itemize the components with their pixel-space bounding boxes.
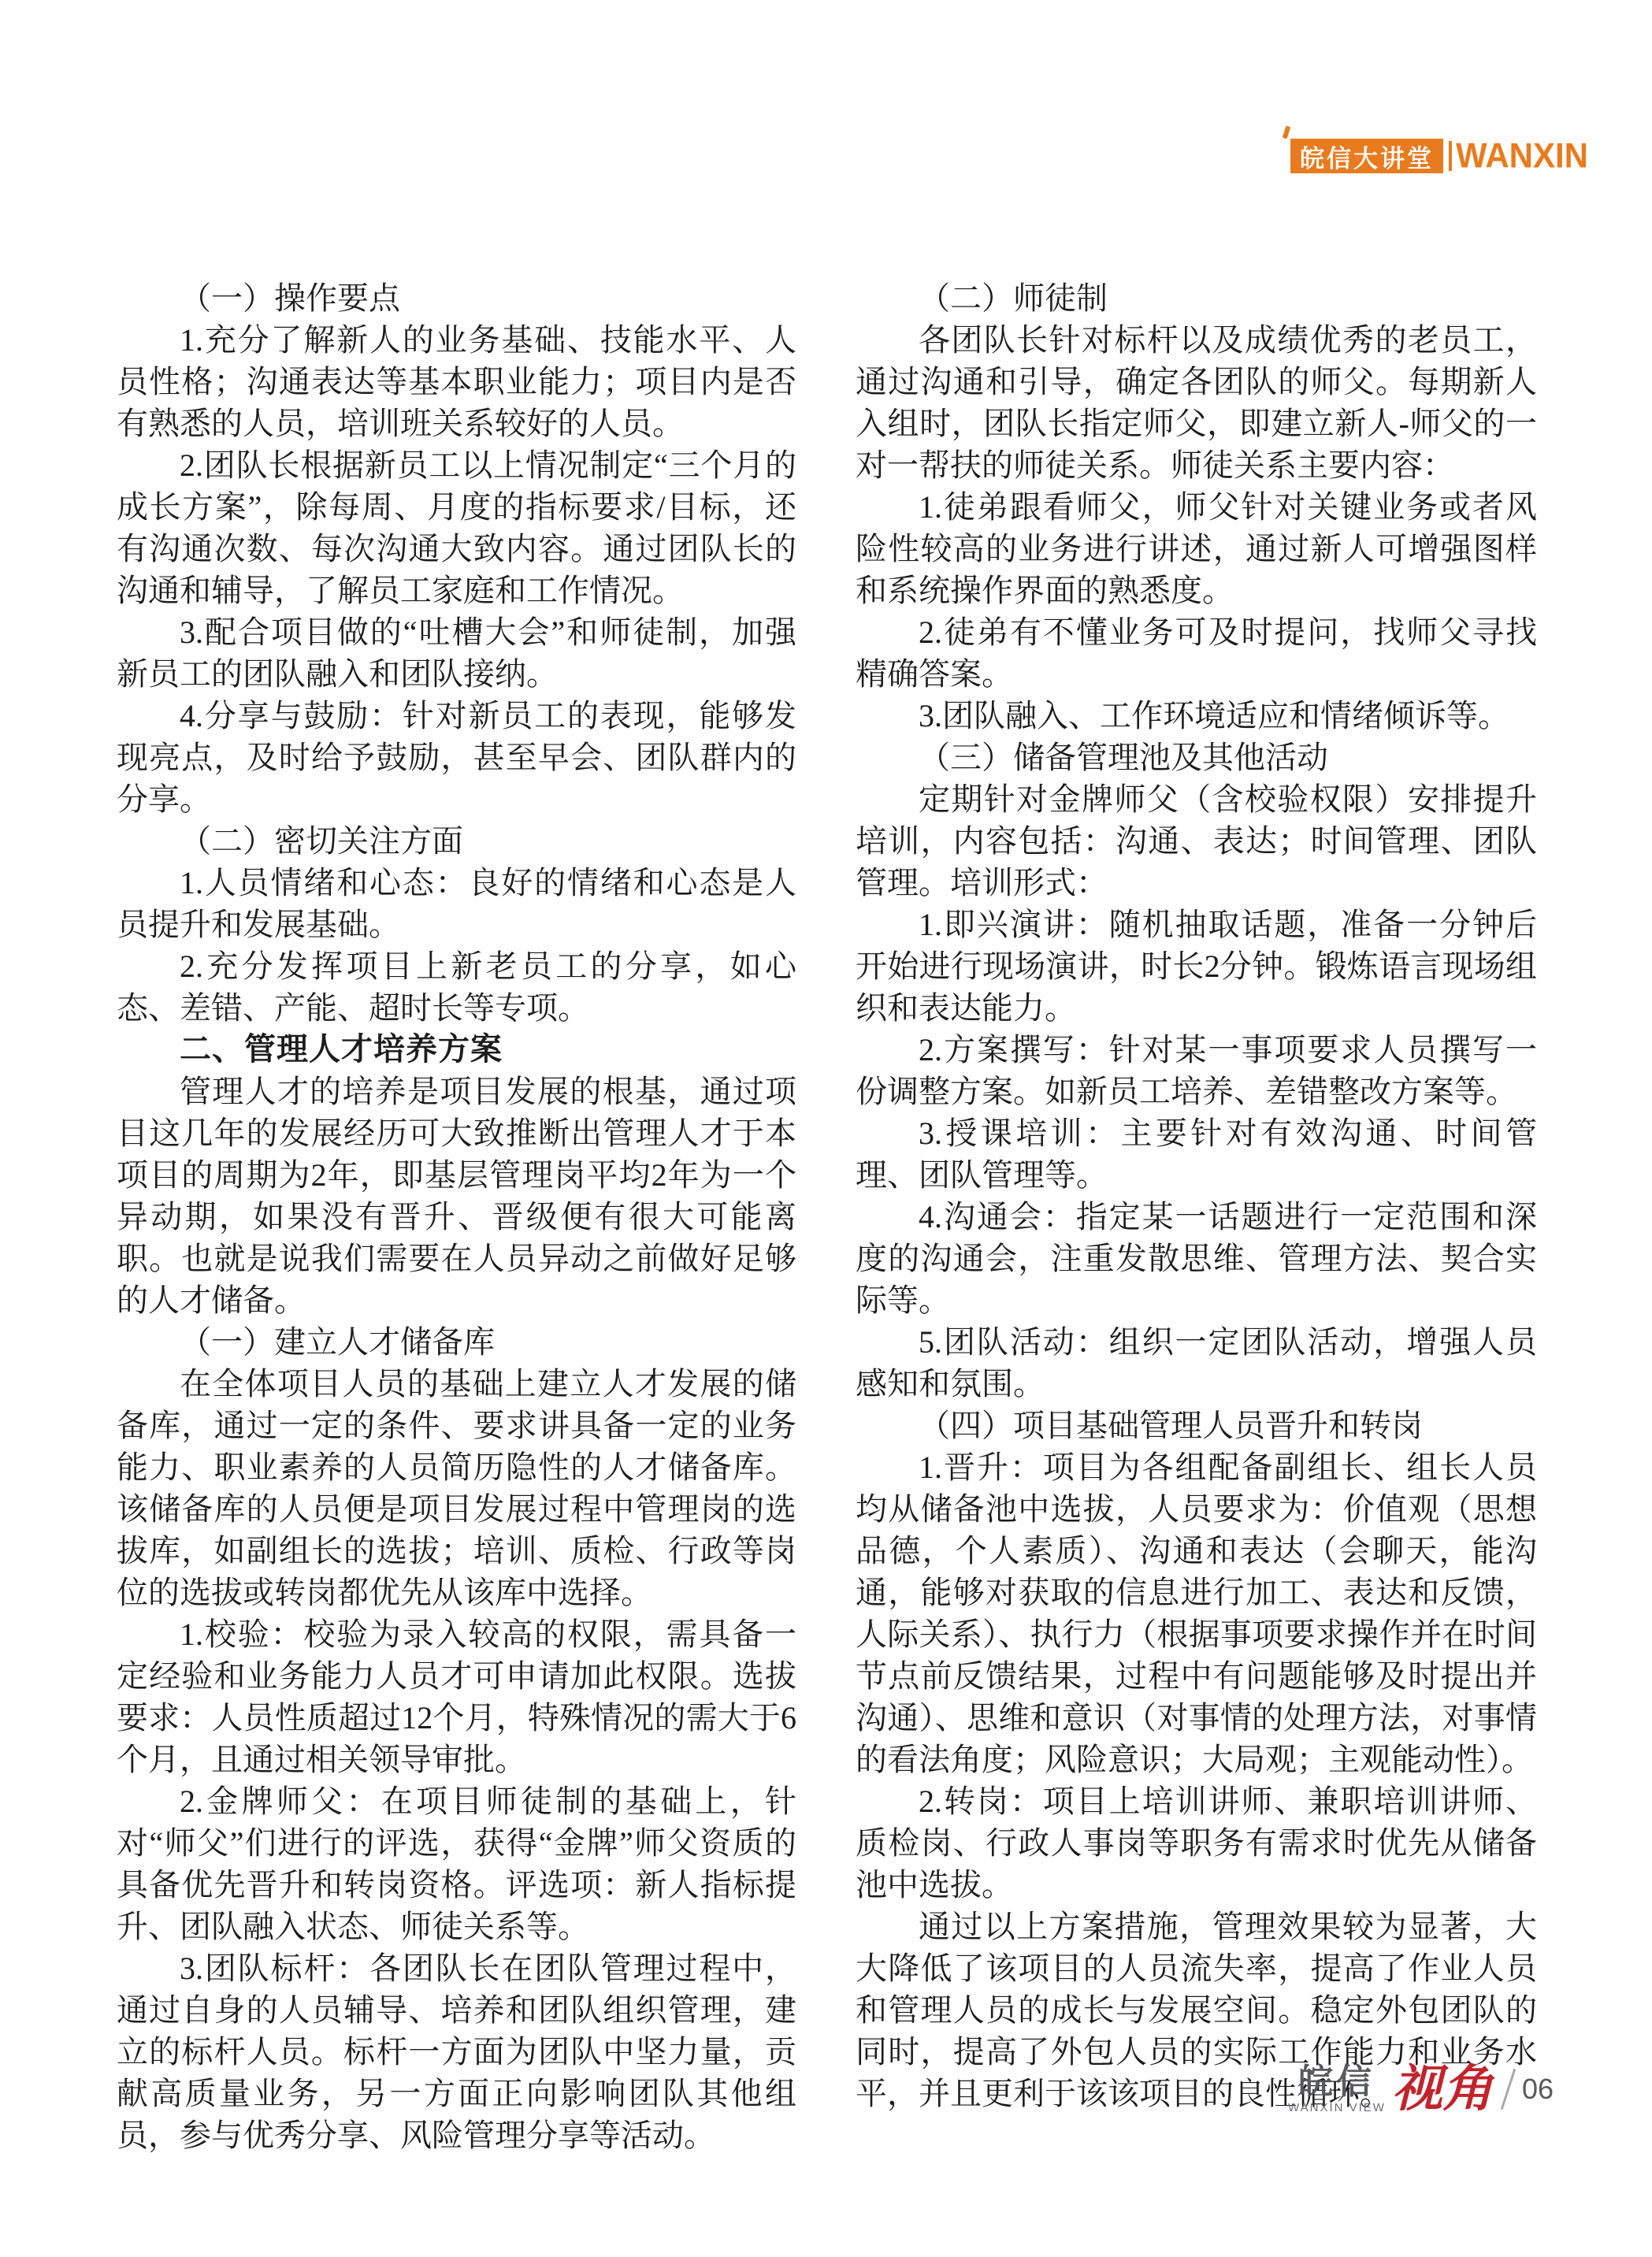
- magazine-page: 皖信大讲堂 WANXIN （一）操作要点1.充分了解新人的业务基础、技能水平、人…: [0, 0, 1652, 2257]
- lecture-hall-badge-label: 皖信大讲堂: [1300, 139, 1434, 174]
- body-paragraph: 2.徒弟有不懂业务可及时提问，找师父寻找精确答案。: [856, 611, 1537, 695]
- body-paragraph: 3.配合项目做的“吐槽大会”和师徒制，加强新员工的团队融入和团队接纳。: [117, 611, 796, 695]
- body-paragraph: 定期针对金牌师父（含校验权限）安排提升培训，内容包括：沟通、表达；时间管理、团队…: [856, 778, 1537, 904]
- body-paragraph: 2.充分发挥项目上新老员工的分享，如心态、差错、产能、超时长等专项。: [117, 945, 796, 1029]
- body-paragraph: 4.分享与鼓励：针对新员工的表现，能够发现亮点，及时给予鼓励，甚至早会、团队群内…: [117, 695, 796, 820]
- body-paragraph: 5.团队活动：组织一定团队活动，增强人员感知和氛围。: [856, 1321, 1537, 1405]
- section-heading: （一）建立人才储备库: [117, 1321, 796, 1363]
- section-heading: （一）操作要点: [117, 277, 796, 319]
- brand-wordmark: WANXIN: [1456, 136, 1588, 176]
- page-footer-brand: 皖信 WANXIN VIEW 视角 06: [1288, 2064, 1554, 2114]
- badge-corner-tick: [1283, 125, 1291, 139]
- lecture-hall-badge: 皖信大讲堂: [1290, 139, 1443, 173]
- footer-logo: 皖信 WANXIN VIEW: [1288, 2065, 1386, 2114]
- body-paragraph: 1.校验：校验为录入较高的权限，需具备一定经验和业务能力人员才可申请加此权限。选…: [117, 1613, 796, 1780]
- footer-logo-en: WANXIN VIEW: [1288, 2101, 1386, 2114]
- footer-logo-red: 视角: [1392, 2064, 1493, 2114]
- body-paragraph: 2.团队长根据新员工以上情况制定“三个月的成长方案”，除每周、月度的指标要求/目…: [117, 444, 796, 611]
- body-paragraph: 1.徒弟跟看师父，师父针对关键业务或者风险性较高的业务进行讲述，通过新人可增强图…: [856, 486, 1537, 611]
- body-paragraph: 3.团队融入、工作环境适应和情绪倾诉等。: [856, 695, 1537, 737]
- body-paragraph: 3.授课培训：主要针对有效沟通、时间管理、团队管理等。: [856, 1112, 1537, 1196]
- body-paragraph: 在全体项目人员的基础上建立人才发展的储备库，通过一定的条件、要求讲具备一定的业务…: [117, 1363, 796, 1613]
- section-heading: （二）密切关注方面: [117, 820, 796, 862]
- body-paragraph: 2.方案撰写：针对某一事项要求人员撰写一份调整方案。如新员工培养、差错整改方案等…: [856, 1029, 1537, 1112]
- body-paragraph: 1.人员情绪和心态：良好的情绪和心态是人员提升和发展基础。: [117, 862, 796, 945]
- article-column-right: （二）师徒制各团队长针对标杆以及成绩优秀的老员工，通过沟通和引导，确定各团队的师…: [856, 277, 1537, 2114]
- page-number: 06: [1522, 2073, 1554, 2106]
- body-paragraph: 管理人才的培养是项目发展的根基，通过项目这几年的发展经历可大致推断出管理人才于本…: [117, 1071, 796, 1321]
- body-paragraph: 1.晋升：项目为各组配备副组长、组长人员均从储备池中选拔，人员要求为：价值观（思…: [856, 1446, 1537, 1780]
- section-heading: （三）储备管理池及其他活动: [856, 737, 1537, 778]
- body-paragraph: 3.团队标杆：各团队长在团队管理过程中，通过自身的人员辅导、培养和团队组织管理，…: [117, 1947, 796, 2156]
- footer-logo-cn: 皖信: [1288, 2065, 1386, 2099]
- footer-divider-slash: [1501, 2069, 1516, 2110]
- page-header-brand: 皖信大讲堂 WANXIN: [1290, 137, 1588, 175]
- article-column-left: （一）操作要点1.充分了解新人的业务基础、技能水平、人员性格；沟通表达等基本职业…: [117, 277, 796, 2156]
- section-heading: （四）项目基础管理人员晋升和转岗: [856, 1405, 1537, 1446]
- body-paragraph: 1.即兴演讲：随机抽取话题，准备一分钟后开始进行现场演讲，时长2分钟。锻炼语言现…: [856, 904, 1537, 1029]
- body-paragraph: 1.充分了解新人的业务基础、技能水平、人员性格；沟通表达等基本职业能力；项目内是…: [117, 319, 796, 444]
- brand-divider-bar: [1449, 141, 1452, 171]
- body-paragraph: 2.金牌师父：在项目师徒制的基础上，针对“师父”们进行的评选，获得“金牌”师父资…: [117, 1780, 796, 1947]
- body-paragraph: 2.转岗：项目上培训讲师、兼职培训讲师、质检岗、行政人事岗等职务有需求时优先从储…: [856, 1780, 1537, 1906]
- body-paragraph: 4.沟通会：指定某一话题进行一定范围和深度的沟通会，注重发散思维、管理方法、契合…: [856, 1196, 1537, 1321]
- body-paragraph: 各团队长针对标杆以及成绩优秀的老员工，通过沟通和引导，确定各团队的师父。每期新人…: [856, 319, 1537, 486]
- section-heading: （二）师徒制: [856, 277, 1537, 319]
- section-heading: 二、管理人才培养方案: [117, 1029, 796, 1071]
